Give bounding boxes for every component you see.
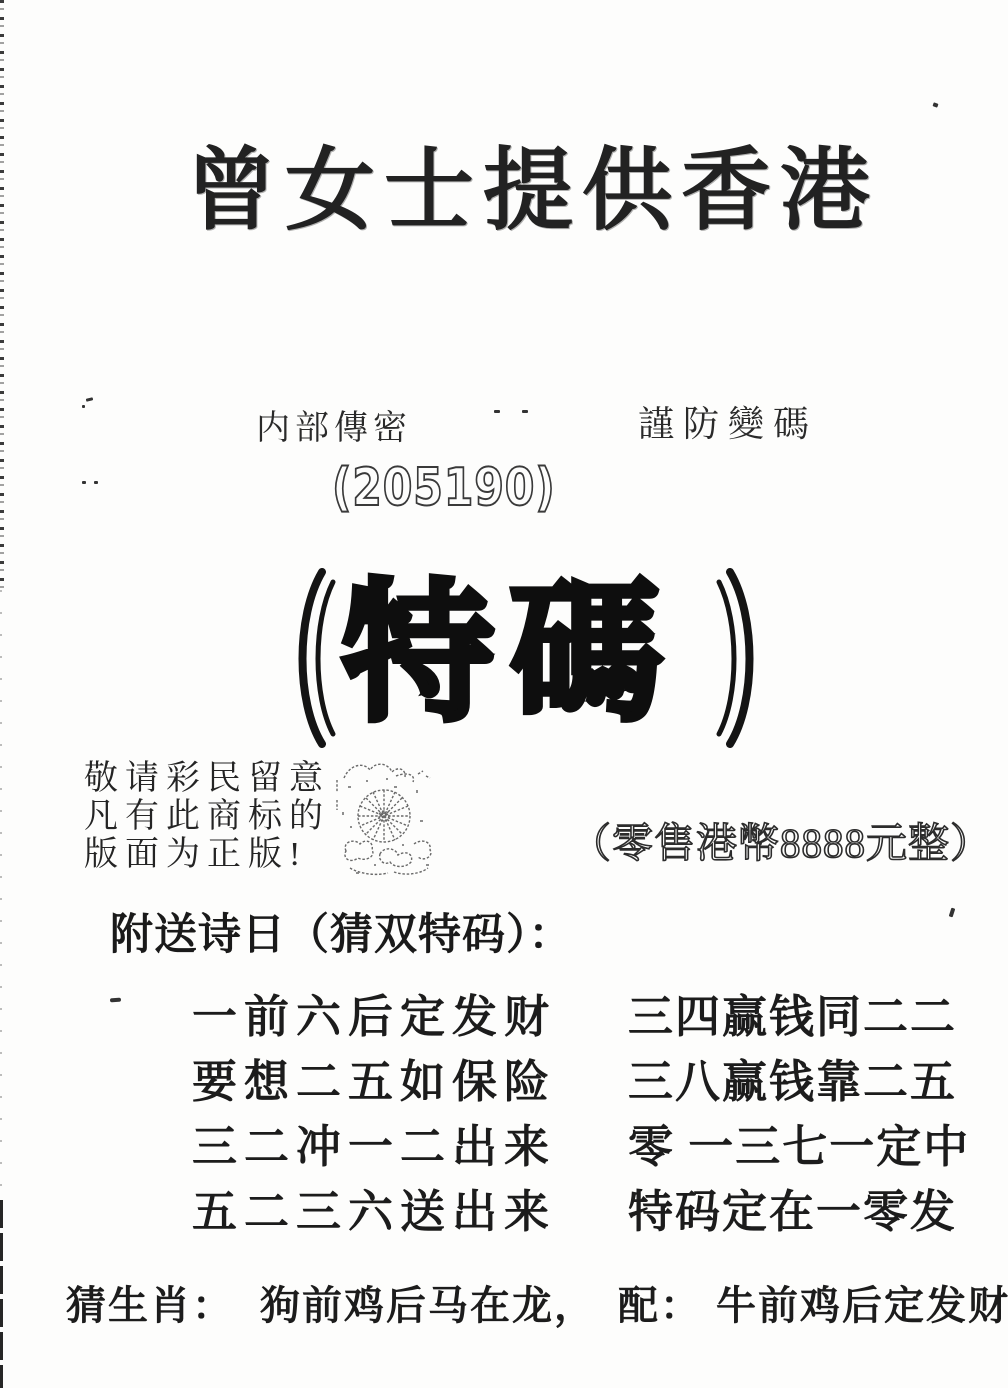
notice-line-2: 凡有此商标的 bbox=[84, 798, 330, 836]
zodiac-guess-line: 猜生肖： 狗前鸡后马在龙， 配： 牛前鸡后定发财。 bbox=[66, 1274, 1006, 1331]
poem-row: 五二三六送出来 特码定在一零发 bbox=[0, 1175, 1008, 1235]
scan-artifact-left-edge-mid bbox=[0, 590, 2, 1200]
label-internal-secret: 内部傳密 bbox=[256, 400, 412, 449]
notice-line-1: 敬请彩民留意 bbox=[84, 760, 330, 798]
authenticity-notice: 敬请彩民留意 凡有此商标的 版面为正版! bbox=[84, 760, 330, 874]
scan-artifact-speck bbox=[86, 397, 94, 402]
special-code-headline: 特碼 bbox=[286, 560, 766, 755]
label-beware-of-fakes: 謹防變碼 bbox=[638, 396, 818, 447]
poem-right-2: 三八赢钱靠二五 bbox=[628, 1045, 957, 1110]
zodiac-pair: 牛前鸡后定发财。 bbox=[716, 1274, 1008, 1331]
scan-artifact-speck bbox=[82, 405, 85, 408]
scan-artifact-speck bbox=[949, 908, 956, 918]
scan-artifact-left-edge-top bbox=[0, 0, 4, 590]
retail-price: （零售港幣8888元整） bbox=[570, 810, 992, 869]
poem-row: 三二冲一二出来 零 一三七一定中 bbox=[0, 1110, 1008, 1170]
poem-right-3: 零 一三七一定中 bbox=[628, 1110, 970, 1175]
serial-number: (205190) bbox=[332, 458, 556, 518]
poem-header: 附送诗日（猜双特码）： bbox=[110, 901, 573, 962]
poem-left-3: 三二冲一二出来 bbox=[192, 1110, 556, 1175]
scanned-page: 曾女士提供香港 内部傳密 謹防變碼 (205190) 特碼 敬请彩民留意 凡有此… bbox=[0, 0, 1008, 1388]
page-title: 曾女士提供香港 bbox=[186, 126, 926, 258]
poem-left-2: 要想二五如保险 bbox=[192, 1045, 556, 1110]
poem-right-4: 特码定在一零发 bbox=[628, 1175, 957, 1240]
zodiac-label: 猜生肖： bbox=[66, 1274, 234, 1331]
ink-dots-artifact bbox=[494, 408, 538, 416]
scan-artifact-speck bbox=[932, 102, 938, 107]
poem-left-1: 一前六后定发财 bbox=[192, 980, 556, 1045]
zodiac-pair-label: 配： bbox=[618, 1274, 702, 1331]
trademark-seal bbox=[336, 756, 438, 880]
right-bracket-glyph bbox=[716, 568, 766, 748]
notice-line-3: 版面为正版! bbox=[84, 836, 330, 874]
poem-row: 一前六后定发财 三四赢钱同二二 bbox=[0, 980, 1008, 1040]
poem-left-4: 五二三六送出来 bbox=[192, 1175, 556, 1240]
left-bracket-glyph bbox=[286, 568, 336, 748]
poem-right-1: 三四赢钱同二二 bbox=[628, 980, 957, 1045]
special-code-text: 特碼 bbox=[342, 560, 678, 750]
zodiac-main: 狗前鸡后马在龙， bbox=[260, 1274, 596, 1331]
poem-row: 要想二五如保险 三八赢钱靠二五 bbox=[0, 1045, 1008, 1105]
scan-artifact-speck bbox=[82, 481, 86, 484]
scan-artifact-speck bbox=[94, 481, 98, 484]
